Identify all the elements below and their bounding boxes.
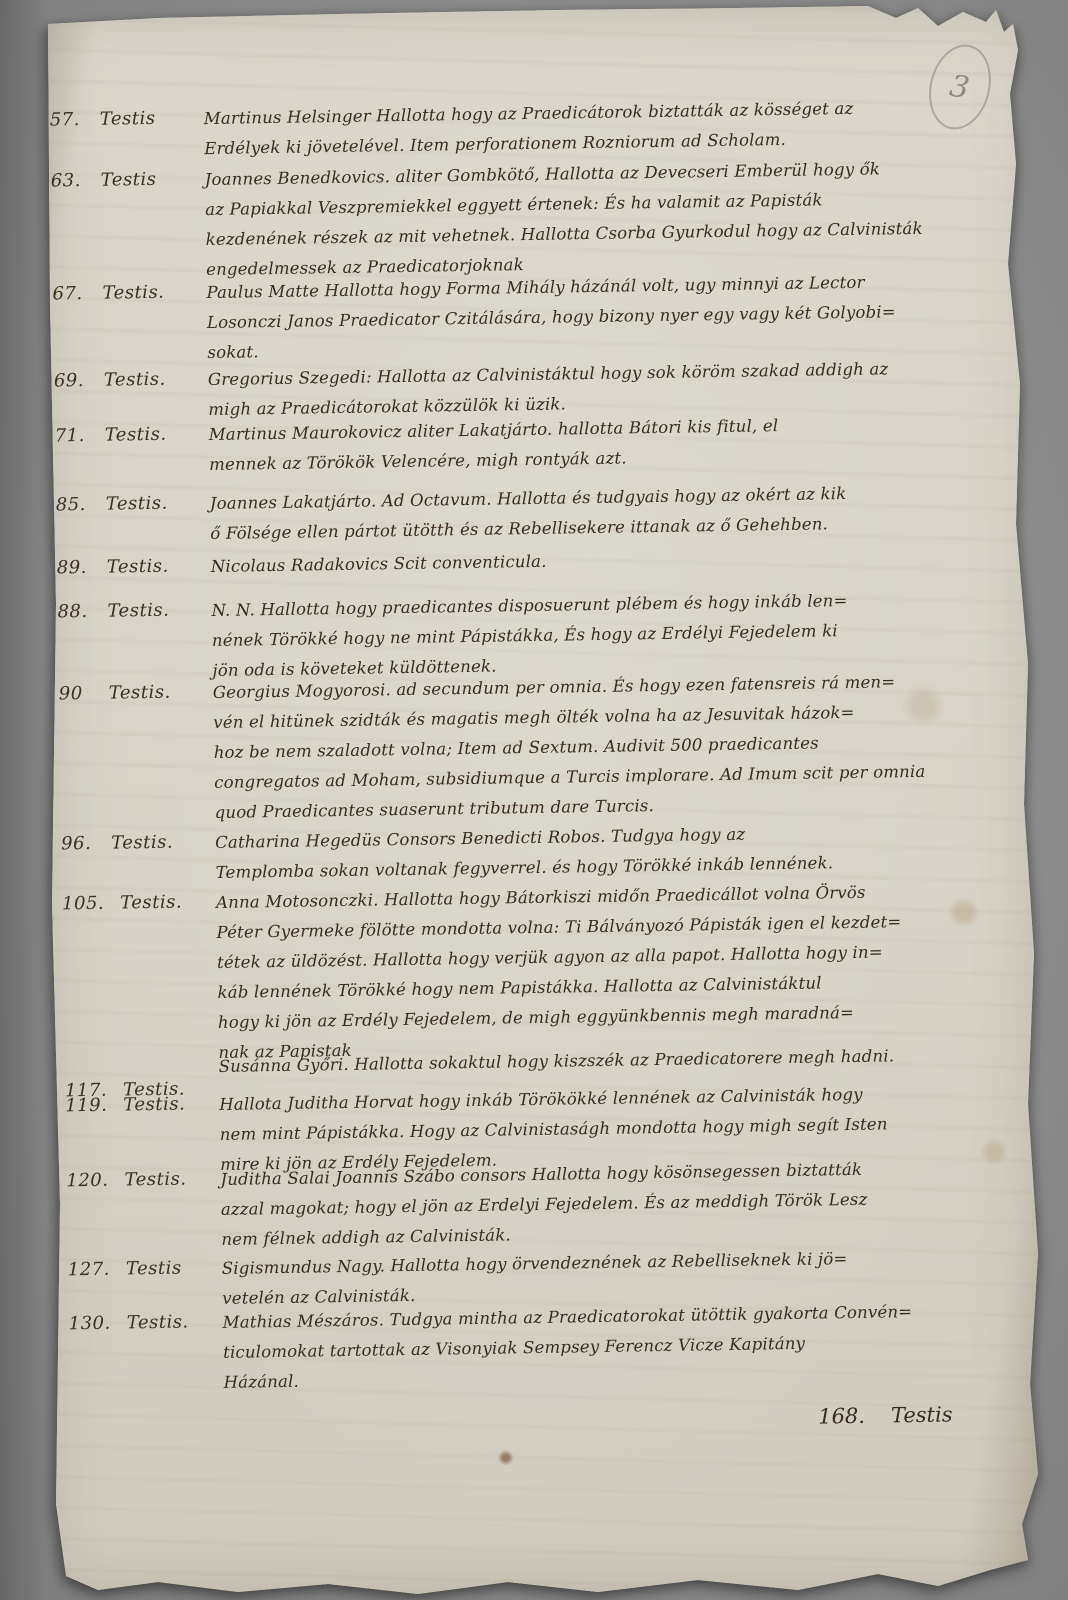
entry-label: Testis. (123, 1093, 185, 1115)
entry-label: Testis. (107, 556, 169, 578)
entry-label: Testis (126, 1258, 182, 1280)
manuscript-page: 3 57. Testis Martinus Helsinger Hallotta… (38, 4, 1044, 1598)
entry-label: Testis. (120, 892, 182, 914)
closing-number: 168. (818, 1404, 865, 1429)
entry-label: Testis. (109, 682, 171, 704)
entry-label: Testis. (104, 369, 166, 391)
entry-number: 69. (54, 370, 88, 392)
entry-text: Paulus Matte Hallotta hogy Forma Mihály … (206, 265, 1013, 368)
entry-number: 127. (68, 1259, 110, 1281)
entry-label: Testis. (127, 1311, 189, 1333)
entry-number: 120. (66, 1170, 108, 1192)
entry-label: Testis. (107, 600, 169, 622)
entry-text: Joannes Lakatjárto. Ad Octavum. Hallotta… (210, 476, 1017, 549)
entry-number: 67. (52, 283, 86, 305)
closing-entry-168: 168. Testis (818, 1402, 953, 1428)
entry-label: Testis (100, 108, 156, 130)
entry-label: Testis. (102, 282, 164, 304)
entry-number: 63. (51, 170, 85, 192)
entry-text: Anna Motosonczki. Hallotta hogy Bátorkis… (216, 875, 1025, 1068)
entry-label: Testis. (105, 424, 167, 446)
entry-text: Joannes Benedkovics. aliter Gombkötő, Ha… (204, 152, 1012, 285)
entry-number: 130. (69, 1313, 111, 1335)
manuscript-page-wrap: 3 57. Testis Martinus Helsinger Hallotta… (38, 4, 1044, 1598)
entry-number: 57. (50, 109, 84, 131)
entry-number: 88. (57, 601, 91, 623)
entry-text: Mathias Mészáros. Tudgya mintha az Praed… (222, 1295, 1029, 1398)
closing-label: Testis (891, 1402, 953, 1427)
entry-text: Martinus Helsinger Hallotta hogy az Prae… (204, 91, 1011, 164)
entry-text: Juditha Salai Joannis Szábo consors Hall… (220, 1152, 1027, 1255)
handwriting-layer: 57. Testis Martinus Helsinger Hallotta h… (28, 0, 1059, 1600)
entry-number: 105. (62, 893, 104, 915)
testis-entry-88: 88. Testis. N. N. Hallotta hogy praedica… (37, 583, 1043, 599)
scanned-manuscript-view: 3 57. Testis Martinus Helsinger Hallotta… (0, 0, 1068, 1600)
entry-number: 90 (59, 683, 93, 705)
entry-label: Testis (101, 169, 157, 191)
entry-label: Testis. (124, 1168, 186, 1190)
testis-entry-57: 57. Testis Martinus Helsinger Hallotta h… (30, 91, 1036, 107)
entry-label: Testis. (111, 832, 173, 854)
testis-entry-85: 85. Testis. Joannes Lakatjárto. Ad Octav… (36, 476, 1042, 492)
entry-text: Georgius Mogyorosi. ad secundum per omni… (213, 665, 1021, 828)
entry-text: Martinus Maurokovicz aliter Lakatjárto. … (209, 407, 1016, 480)
entry-number: 85. (56, 494, 90, 516)
entry-label: Testis. (106, 493, 168, 515)
entry-number: 119. (65, 1095, 107, 1117)
entry-number: 96. (61, 833, 95, 855)
entry-number: 71. (55, 425, 89, 447)
entry-number: 89. (57, 557, 91, 579)
